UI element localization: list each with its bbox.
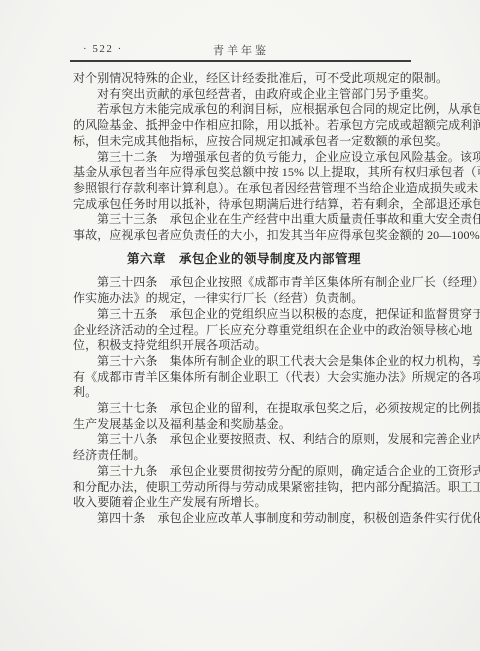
text-line: 位，积极支持党组织开展各项活动。 <box>73 338 415 354</box>
text-line: 基金从承包者当年应得承包奖总额中按 15% 以上提取，其所有权归承包者（可 <box>73 165 415 181</box>
text-line: 第三十六条 集体所有制企业的职工代表大会是集体企业的权力机构，享 <box>73 354 415 370</box>
text-line: 企业经济活动的全过程。厂长应充分尊重党组织在企业中的政治领导核心地 <box>73 323 415 339</box>
text-line: 利。 <box>73 385 415 401</box>
section-after-heading: 第三十四条 承包企业按照《成都市青羊区集体所有制企业厂长（经理）工作实施办法》的… <box>73 275 415 526</box>
text-line: 第三十七条 承包企业的留利，在提取承包奖之后，必须按规定的比例提足 <box>73 401 415 417</box>
chapter-heading: 第六章 承包企业的领导制度及内部管理 <box>73 252 415 268</box>
text-line: 第三十三条 承包企业在生产经营中出重大质量责任事故和重大安全责任 <box>73 212 415 228</box>
header-rule <box>70 60 411 62</box>
text-line: 若承包方未能完成承包的利润目标，应根据承包合同的规定比例，从承包者 <box>73 102 415 118</box>
text-line: 第四十条 承包企业应改革人事制度和劳动制度，积极创造条件实行优化 <box>73 511 415 527</box>
book-title: 青羊年鉴 <box>70 42 412 58</box>
text-line: 和分配办法，使职工劳动所得与劳动成果紧密挂钩，把内部分配搞活。职工工资 <box>73 480 415 496</box>
scanned-yearbook-page: · 522 · 青羊年鉴 对个别情况特殊的企业，经区计经委批准后，可不受此项规定… <box>0 0 480 651</box>
text-line: 第三十二条 为增强承包者的负亏能力，企业应设立承包风险基金。该项 <box>73 150 415 166</box>
text-line: 收入要随着企业生产发展有所增长。 <box>73 495 415 511</box>
text-line: 第三十四条 承包企业按照《成都市青羊区集体所有制企业厂长（经理）工 <box>73 275 415 291</box>
text-line: 参照银行存款利率计算利息）。在承包者因经营管理不当给企业造成损失或未 <box>73 181 415 197</box>
section-before-heading: 对个别情况特殊的企业，经区计经委批准后，可不受此项规定的限制。对有突出贡献的承包… <box>73 71 415 244</box>
text-line: 对有突出贡献的承包经营者，由政府或企业主管部门另予重奖。 <box>73 87 415 103</box>
text-line: 第三十九条 承包企业要贯彻按劳分配的原则，确定适合企业的工资形式 <box>73 464 415 480</box>
text-line: 作实施办法》的规定，一律实行厂长（经营）负责制。 <box>73 291 415 307</box>
text-line: 有《成都市青羊区集体所有制企业职工（代表）大会实施办法》所规定的各项权 <box>73 370 415 386</box>
text-line: 完成承包任务时用以抵补，待承包期满后进行结算，若有剩余，全部退还承包者。 <box>73 197 415 213</box>
page-header: · 522 · 青羊年鉴 <box>70 42 412 58</box>
text-line: 事故，应视承包者应负责任的大小，扣发其当年应得承包奖金额的 20—100%。 <box>73 228 415 244</box>
text-line: 生产发展基金以及福利基金和奖励基金。 <box>73 417 415 433</box>
page-body: 对个别情况特殊的企业，经区计经委批准后，可不受此项规定的限制。对有突出贡献的承包… <box>73 71 415 527</box>
text-line: 经济责任制。 <box>73 448 415 464</box>
text-line: 标，但未完成其他指标，应按合同规定扣减承包者一定数额的承包奖。 <box>73 134 415 150</box>
text-line: 的风险基金、抵押金中作相应扣除，用以抵补。若承包方完成或超额完成利润目 <box>73 118 415 134</box>
text-line: 第三十八条 承包企业要按照责、权、利结合的原则，发展和完善企业内部 <box>73 432 415 448</box>
text-line: 对个别情况特殊的企业，经区计经委批准后，可不受此项规定的限制。 <box>73 71 415 87</box>
text-line: 第三十五条 承包企业的党组织应当以积极的态度，把保证和监督贯穿于 <box>73 307 415 323</box>
